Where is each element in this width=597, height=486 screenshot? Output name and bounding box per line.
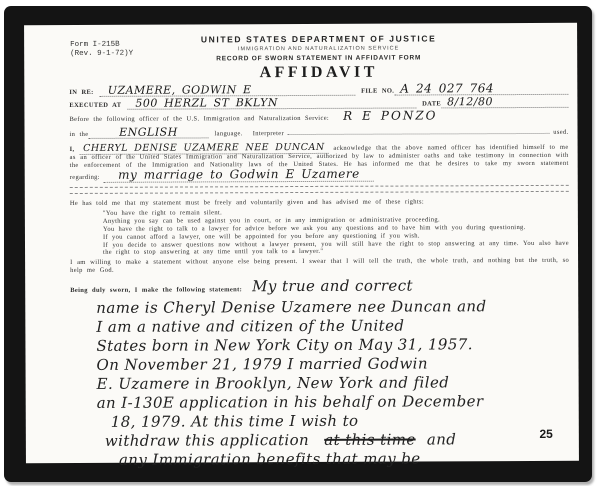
sworn-statement-row: Being duly sworn, I make the following s… [70, 276, 569, 297]
date-label: DATE [422, 100, 441, 107]
executed-at-row: EXECUTED AT 500 HERZL ST BKLYN DATE 8/12… [69, 97, 568, 110]
rights-intro: He has told me that my statement must be… [70, 198, 569, 208]
date-value-handwritten: 8/12/80 [441, 97, 568, 109]
page-number: 25 [539, 427, 552, 441]
rights-list: "You have the right to remain silent. An… [103, 207, 569, 256]
regarding-value-handwritten: my marriage to Godwin E Uzamere [104, 166, 374, 182]
statement-line-with-strikethrough: withdraw this application at this time a… [105, 430, 570, 451]
language-value-handwritten: ENGLISH [88, 127, 208, 139]
statement-after-strike: and [427, 431, 456, 449]
statement-line: States born in New York City on May 31, … [96, 335, 569, 356]
service-subtitle: IMMIGRATION AND NATURALIZATION SERVICE [109, 45, 528, 53]
language-label: language. [214, 130, 242, 137]
interpreter-blank-line [288, 127, 549, 135]
interpreter-label: Interpreter [253, 130, 284, 137]
willing-statement: I am willing to make a statement without… [70, 257, 569, 275]
divider-line-1 [70, 185, 569, 188]
handwritten-statement: name is Cheryl Denise Uzamere nee Duncan… [96, 297, 570, 470]
in-re-value-handwritten: UZAMERE, GODWIN E [100, 85, 355, 97]
form-number: Form I-215B [70, 41, 133, 51]
executed-at-label: EXECUTED AT [69, 102, 121, 109]
statement-line: name is Cheryl Denise Uzamere nee Duncan… [96, 297, 569, 318]
statement-line: an I-130E application in his behalf on D… [97, 392, 570, 413]
statement-inline-start-handwritten: My true and correct [252, 277, 413, 297]
sworn-label: Being duly sworn, I make the following s… [70, 287, 242, 295]
officer-value-handwritten: R E PONZO [343, 110, 437, 121]
record-title: RECORD OF SWORN STATEMENT IN AFFIDAVIT F… [109, 54, 528, 63]
in-re-row: IN RE: UZAMERE, GODWIN E FILE NO. A 24 0… [69, 83, 568, 97]
form-id-block: Form I-215B (Rev. 9-1-72)Y [70, 41, 133, 60]
right-item-stop-answering: If you decide to answer questions now wi… [103, 240, 569, 256]
used-label: used. [553, 129, 568, 136]
statement-last-line: any Immigration benefits that may be [119, 449, 570, 470]
document-page: Form I-215B (Rev. 9-1-72)Y UNITED STATES… [24, 23, 579, 463]
strikethrough-text: at this time [324, 431, 415, 449]
document-header: UNITED STATES DEPARTMENT OF JUSTICE IMMI… [109, 33, 528, 83]
statement-line-pre-strike: withdraw this application [105, 431, 309, 450]
officer-row: Before the following officer of the U.S.… [69, 110, 568, 123]
affidavit-title: AFFIDAVIT [109, 63, 528, 83]
statement-line: On November 21, 1979 I married Godwin [96, 354, 569, 375]
file-no-value-handwritten: A 24 027 764 [394, 83, 568, 96]
in-the-label: in the [70, 131, 89, 138]
department-title: UNITED STATES DEPARTMENT OF JUSTICE [109, 33, 528, 45]
statement-line: 18, 1979. At this time I wish to [111, 411, 570, 432]
language-row: in the ENGLISH language. Interpreter use… [69, 126, 568, 139]
photo-frame: Form I-215B (Rev. 9-1-72)Y UNITED STATES… [4, 6, 592, 482]
divider-line-2 [70, 191, 569, 194]
statement-line: I am a native and citizen of the United [96, 316, 569, 337]
in-re-label: IN RE: [69, 89, 93, 96]
file-no-label: FILE NO. [361, 88, 394, 95]
statement-line: E. Uzamere in Brooklyn, New York and fil… [97, 373, 570, 394]
officer-label: Before the following officer of the U.S.… [69, 115, 329, 123]
i-label: I, [70, 146, 75, 153]
acknowledgment-paragraph: I, CHERYL DENISE UZAMERE NEE DUNCAN ackn… [70, 142, 569, 182]
form-revision: (Rev. 9-1-72)Y [70, 50, 133, 60]
